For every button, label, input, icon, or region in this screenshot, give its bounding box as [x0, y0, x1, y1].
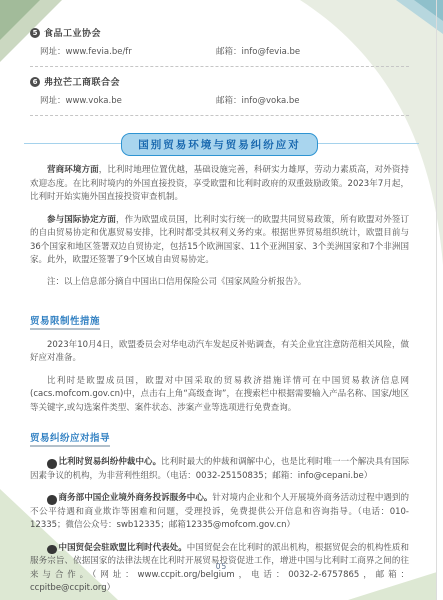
- filled-circled-number-icon: 2: [47, 495, 57, 505]
- association-entry: 5 食品工业协会 网址：www.fevia.be/fr 邮箱：info@fevi…: [30, 26, 409, 57]
- website-url[interactable]: www.voka.be: [66, 96, 122, 106]
- paragraph: 参与国际协定方面，作为欧盟成员国，比利时实行统一的欧盟共同贸易政策，所有欧盟对外…: [30, 214, 409, 268]
- email-label: 邮箱：: [216, 47, 242, 57]
- paragraph-lead: 营商环境方面: [47, 165, 99, 175]
- section-title-badge: 国别贸易环境与贸易纠纷应对: [121, 133, 318, 156]
- paragraph: 2023年10月4日，欧盟委员会对华电动汽车发起反补贴调查，有关企业宜注意防范相…: [30, 339, 409, 366]
- heading-trade-restrictions: 贸易限制性措施: [30, 313, 100, 330]
- circled-number-icon: 6: [30, 77, 40, 87]
- item-lead: 比利时贸易纠纷仲裁中心。: [59, 457, 162, 467]
- document-page: 5 食品工业协会 网址：www.fevia.be/fr 邮箱：info@fevi…: [0, 0, 443, 600]
- website-url[interactable]: www.fevia.be/fr: [66, 47, 132, 57]
- footnote: 注：以上信息部分摘自中国出口信用保险公司《国家风险分析报告》。: [30, 276, 409, 290]
- filled-circled-number-icon: 1: [47, 459, 57, 469]
- filled-circled-number-icon: 3: [47, 545, 57, 555]
- dispute-item: 2商务部中国企业境外商务投诉服务中心。针对境内企业和个人开展境外商务活动过程中遇…: [30, 492, 409, 533]
- email-label: 邮箱：: [216, 96, 242, 106]
- dispute-item: 1比利时贸易纠纷仲裁中心。比利时最大的仲裁和调解中心，也是比利时唯一一个解决具有…: [30, 456, 409, 483]
- association-name: 食品工业协会: [44, 26, 101, 39]
- page-content: 5 食品工业协会 网址：www.fevia.be/fr 邮箱：info@fevi…: [0, 0, 443, 596]
- website-label: 网址：: [40, 47, 66, 57]
- section-banner: 国别贸易环境与贸易纠纷应对: [30, 133, 409, 155]
- association-name: 弗拉芒工商联合会: [44, 75, 120, 88]
- dashed-divider: [30, 66, 409, 67]
- page-number: 05: [0, 562, 443, 571]
- paragraph: 比利时是欧盟成员国，欧盟对中国采取的贸易救济措施详情可在中国贸易救济信息网(ca…: [30, 375, 409, 416]
- item-lead: 商务部中国企业境外商务投诉服务中心。: [59, 493, 213, 503]
- email-address[interactable]: info@voka.be: [242, 96, 300, 106]
- email-address[interactable]: info@fevia.be: [242, 47, 301, 57]
- association-entry: 6 弗拉芒工商联合会 网址：www.voka.be 邮箱：info@voka.b…: [30, 75, 409, 106]
- website-label: 网址：: [40, 96, 66, 106]
- circled-number-icon: 5: [30, 28, 40, 38]
- dashed-divider: [30, 115, 409, 116]
- paragraph: 营商环境方面，比利时地理位置优越，基础设施完善，科研实力雄厚，劳动力素质高，对外…: [30, 164, 409, 205]
- item-lead: 中国贸促会驻欧盟比利时代表处。: [59, 543, 187, 553]
- paragraph-lead: 参与国际协定方面: [47, 215, 116, 225]
- heading-dispute-guidance: 贸易纠纷应对指导: [30, 430, 110, 447]
